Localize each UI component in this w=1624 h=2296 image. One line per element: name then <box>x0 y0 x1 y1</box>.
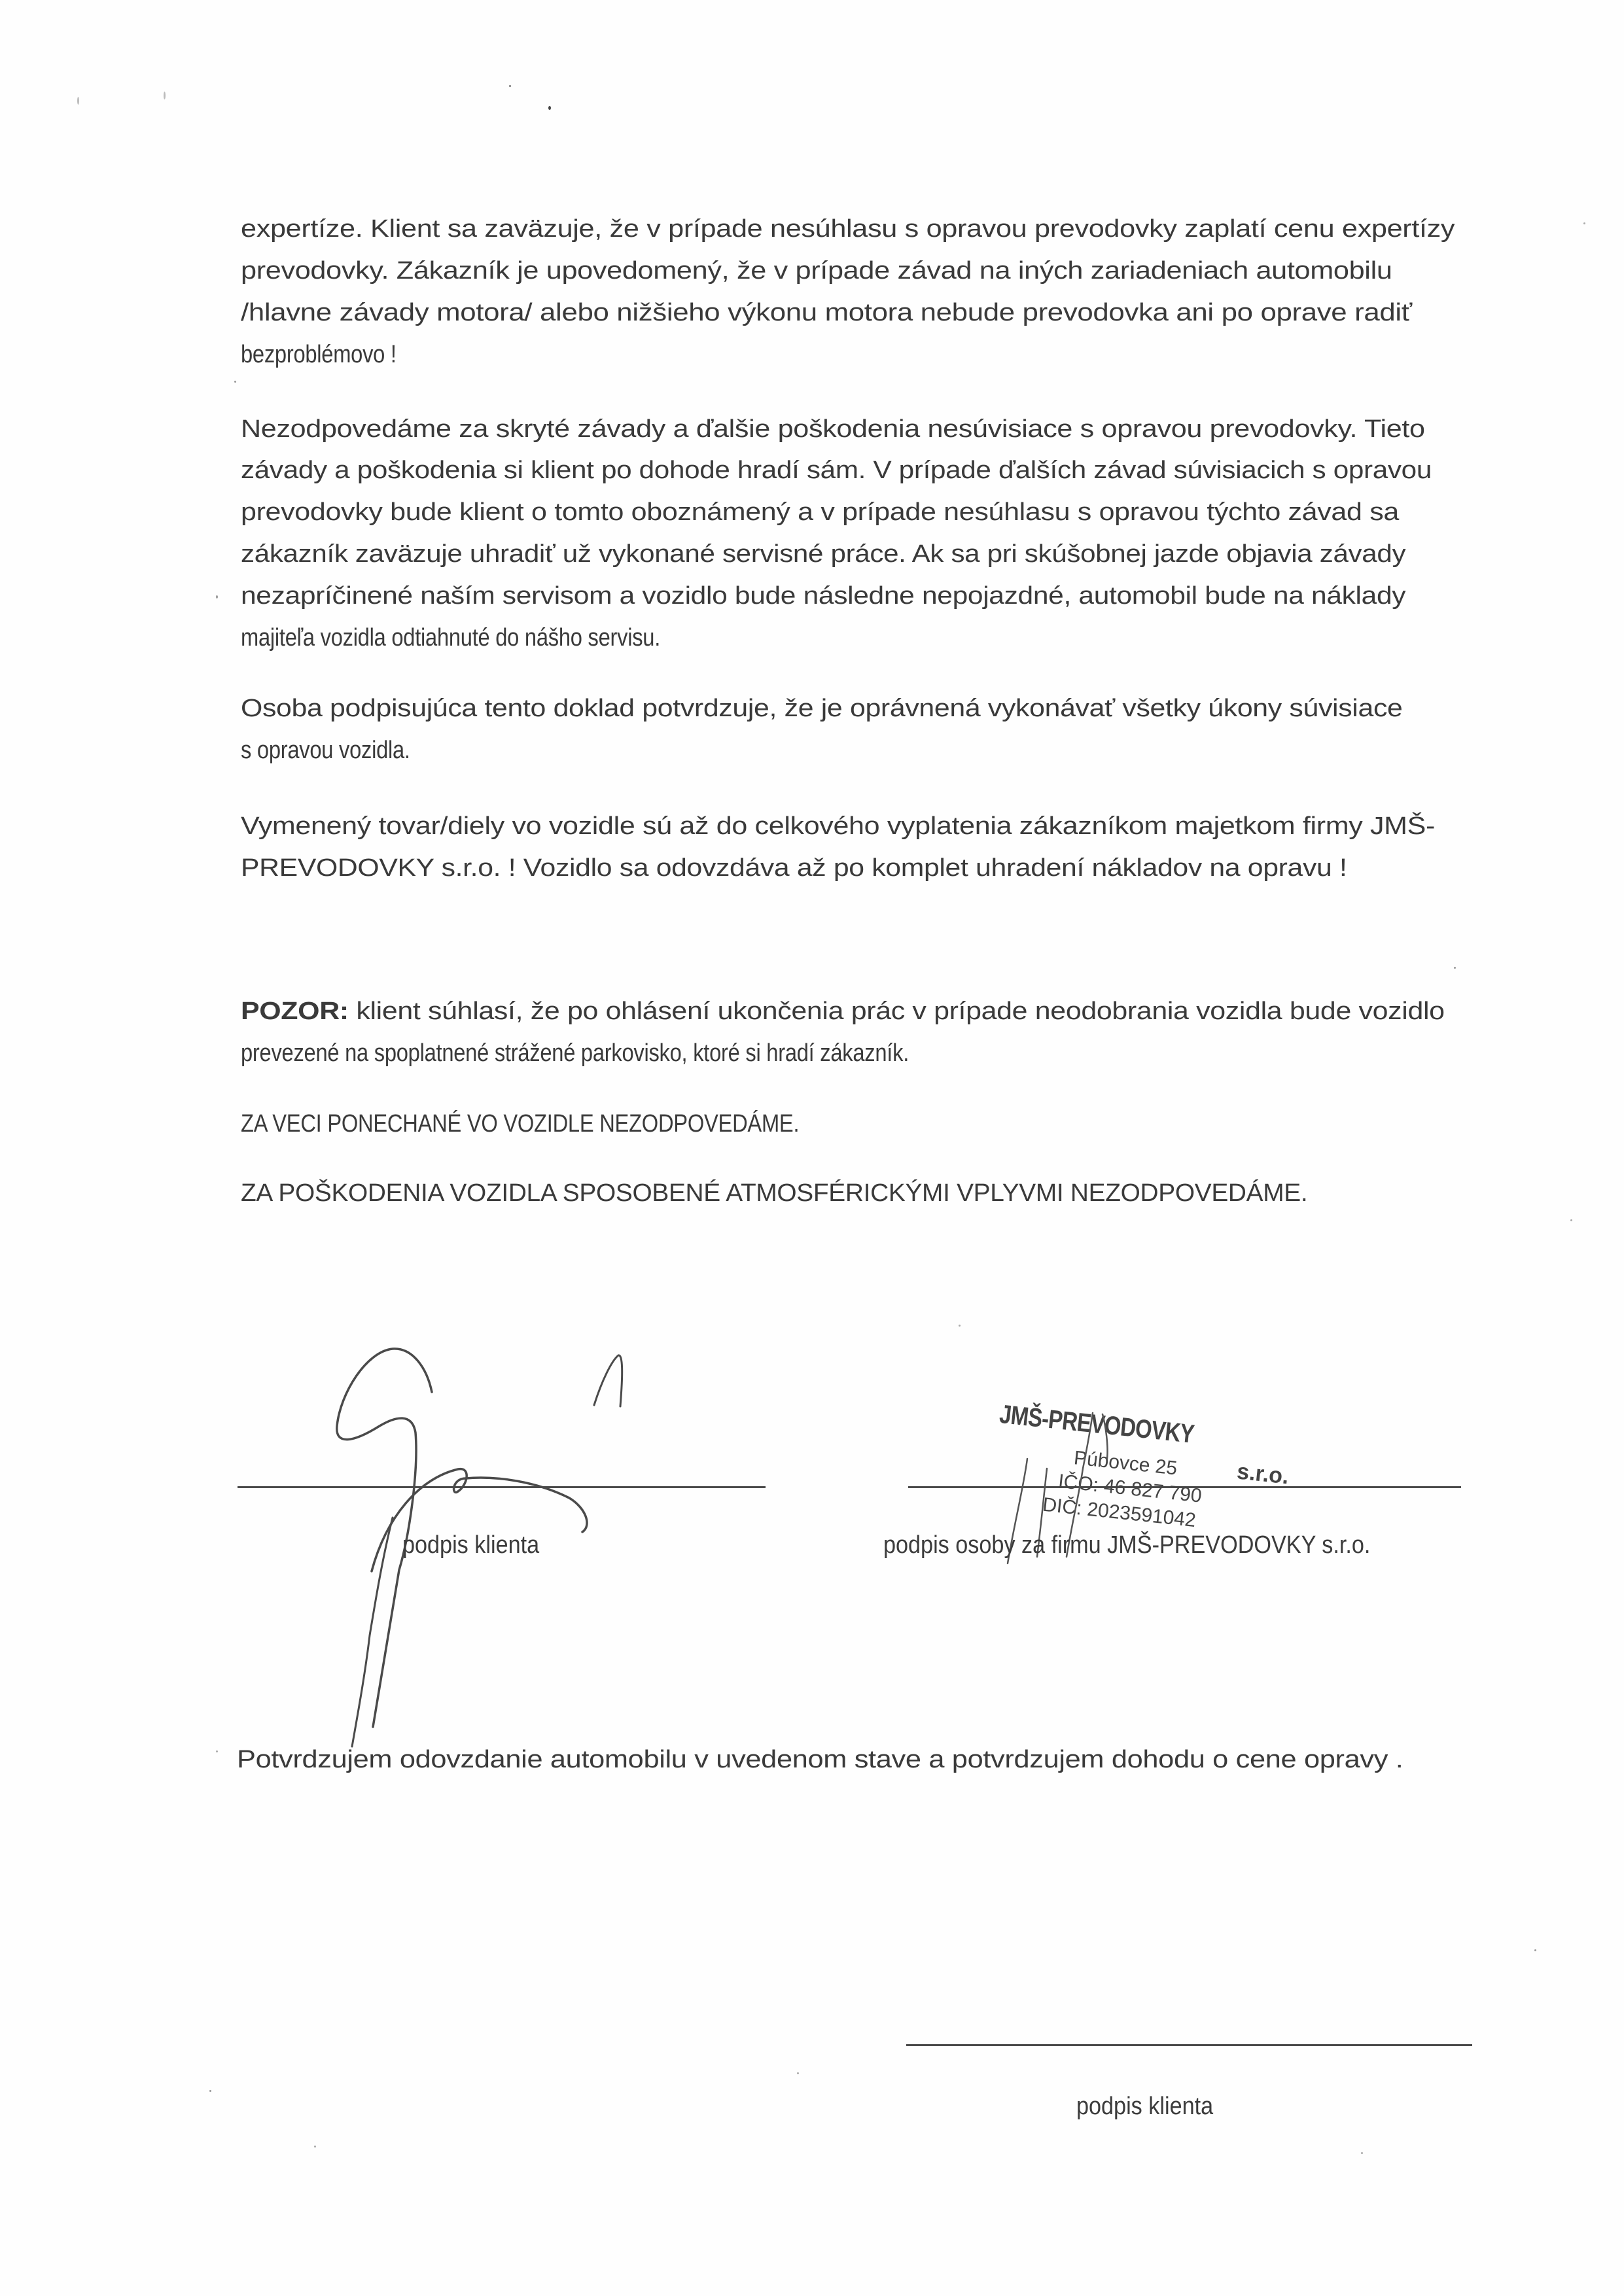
paragraph-line: Nezodpovedáme za skryté závady a ďalšie … <box>241 413 1425 445</box>
paragraph-line: prevodovky. Zákazník je upovedomený, že … <box>241 255 1392 287</box>
company-signature-label: podpis osoby za firmu JMŠ-PREVODOVKY s.r… <box>883 1529 1370 1561</box>
scan-speck <box>797 2072 799 2074</box>
scan-speck <box>209 2090 211 2092</box>
paragraph-line: Osoba podpisujúca tento doklad potvrdzuj… <box>241 693 1403 724</box>
scan-speck <box>1583 222 1585 224</box>
paragraph-line: nezapríčinené naším servisom a vozidlo b… <box>241 580 1405 612</box>
stamp-company-suffix: s.r.o. <box>1235 1459 1290 1489</box>
paragraph-line: expertíze. Klient sa zaväzuje, že v príp… <box>241 213 1455 245</box>
scan-speck <box>959 1325 961 1327</box>
client-signature-line <box>238 1486 766 1488</box>
paragraph-line: PREVODOVKY s.r.o. ! Vozidlo sa odovzdáva… <box>241 852 1347 884</box>
paragraph-line: majiteľa vozidla odtiahnuté do nášho ser… <box>241 622 660 653</box>
paragraph-line: závady a poškodenia si klient po dohode … <box>241 455 1432 486</box>
scan-speck <box>234 381 236 383</box>
paragraph-line: bezproblémovo ! <box>241 339 397 370</box>
paragraph-line: zákazník zaväzuje uhradiť už vykonané se… <box>241 538 1405 570</box>
scan-speck <box>216 1750 218 1752</box>
scan-speck <box>77 97 79 105</box>
handover-signature-label: podpis klienta <box>1076 2091 1213 2122</box>
scan-speck <box>216 595 218 599</box>
scan-speck <box>548 106 551 110</box>
notice-weather-damage: ZA POŠKODENIA VOZIDLA SPOSOBENÉ ATMOSFÉR… <box>241 1177 1307 1209</box>
client-signature-label: podpis klienta <box>402 1529 539 1561</box>
scan-speck <box>1361 2152 1363 2154</box>
scan-speck <box>1534 1949 1536 1951</box>
warning-text: klient súhlasí, že po ohlásení ukončenia… <box>349 998 1445 1025</box>
warning-label: POZOR: <box>241 998 349 1025</box>
warning-line: POZOR: klient súhlasí, že po ohlásení uk… <box>241 996 1445 1027</box>
scan-speck <box>164 92 166 99</box>
warning-line: prevezené na spoplatnené strážené parkov… <box>241 1037 909 1069</box>
paragraph-line: /hlavne závady motora/ alebo nižšieho vý… <box>241 297 1412 328</box>
scan-speck <box>1454 967 1456 969</box>
handover-signature-line <box>906 2044 1472 2046</box>
scan-speck <box>314 2146 316 2148</box>
paragraph-line: s opravou vozidla. <box>241 735 410 766</box>
handover-statement: Potvrdzujem odovzdanie automobilu v uved… <box>237 1744 1403 1775</box>
scan-speck <box>509 85 511 87</box>
scan-speck <box>1570 1219 1572 1221</box>
notice-personal-items: ZA VECI PONECHANÉ VO VOZIDLE NEZODPOVEDÁ… <box>241 1108 799 1139</box>
document-page: expertíze. Klient sa zaväzuje, že v príp… <box>0 0 1624 2296</box>
paragraph-line: Vymenený tovar/diely vo vozidle sú až do… <box>241 810 1435 842</box>
paragraph-line: prevodovky bude klient o tomto oboznámen… <box>241 496 1399 528</box>
